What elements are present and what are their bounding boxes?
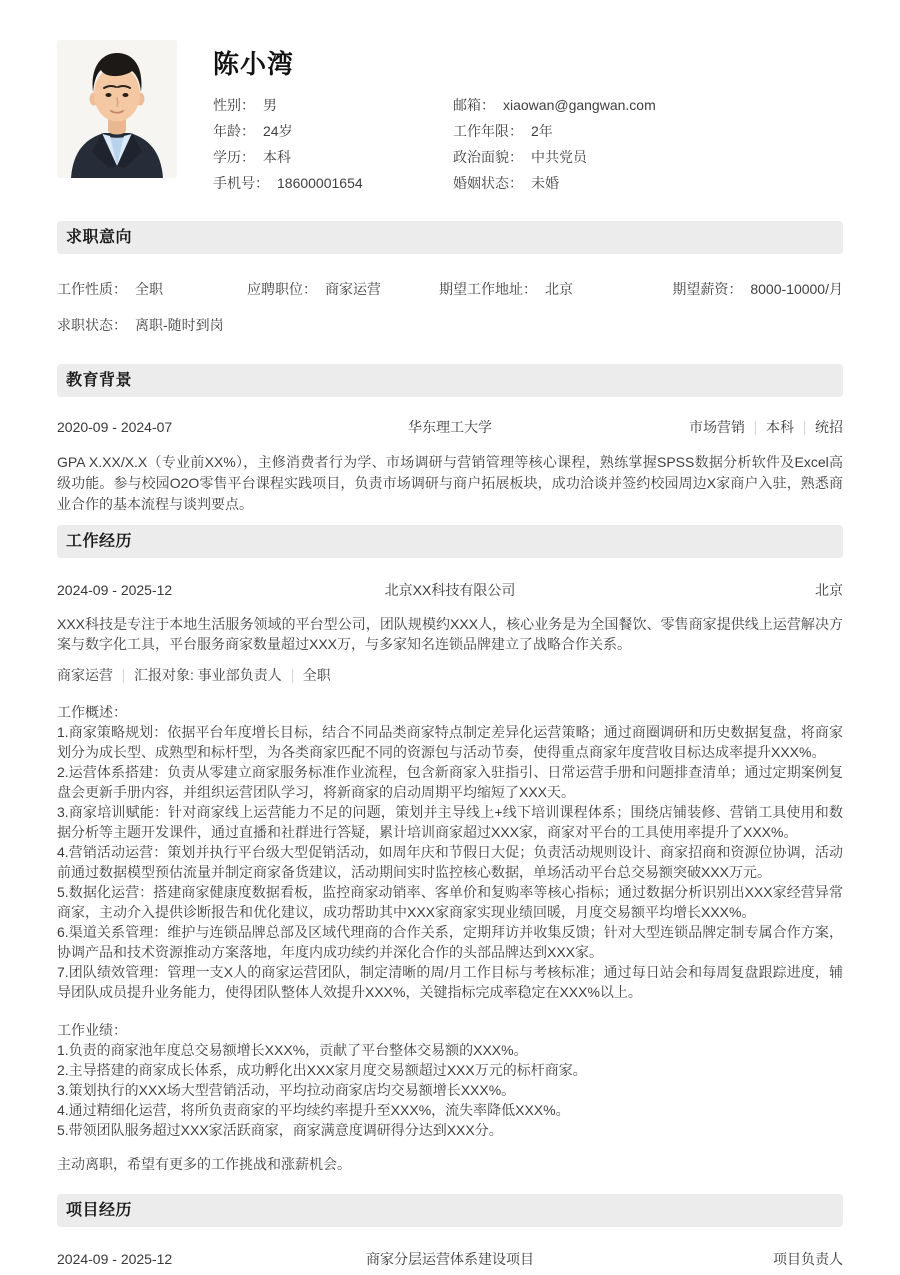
field-value: 未婚 — [531, 175, 559, 191]
field-email: 邮箱：xiaowan@gangwan.com — [453, 97, 843, 114]
education-description: GPA X.XX/X.X（专业前XX%），主修消费者行为学、市场调研与营销管理等… — [57, 452, 843, 515]
section-title-work: 工作经历 — [57, 525, 843, 558]
field-value: 本科 — [263, 149, 291, 165]
work-duty-item: 7.团队绩效管理：管理一支X人的商家运营团队，制定清晰的周/月工作目标与考核标准… — [57, 962, 843, 1002]
field-value: 离职-随时到岗 — [135, 317, 224, 333]
field-value: 男 — [263, 97, 277, 113]
section-title-job-intent: 求职意向 — [57, 221, 843, 254]
work-duty-item: 5.数据化运营：搭建商家健康度数据看板，监控商家动销率、客单价和复购率等核心指标… — [57, 882, 843, 922]
field-label: 学历： — [213, 149, 255, 165]
work-achievement-item: 2.主导搭建的商家成长体系，成功孵化出XXX家月度交易额超过XXX万元的标杆商家… — [57, 1060, 843, 1080]
profile-info: 陈小湾 性别：男 邮箱：xiaowan@gangwan.com 年龄：24岁 工… — [213, 40, 843, 192]
job-status-row: 求职状态：离职-随时到岗 — [57, 317, 843, 334]
position-row: 商家运营 汇报对象: 事业部负责人 全职 — [57, 667, 331, 684]
report-to: 汇报对象: 事业部负责人 — [134, 667, 282, 684]
field-marital-status: 婚姻状态：未婚 — [453, 175, 843, 192]
field-education: 学历：本科 — [213, 149, 453, 166]
work-achievement-title: 工作业绩： — [57, 1020, 843, 1040]
position-title: 商家运营 — [57, 667, 113, 684]
work-overview-block: 工作概述： 1.商家策略规划：依据平台年度增长目标，结合不同品类商家特点制定差异… — [57, 702, 843, 1002]
field-value: 全职 — [135, 281, 163, 297]
profile-header: 陈小湾 性别：男 邮箱：xiaowan@gangwan.com 年龄：24岁 工… — [57, 40, 843, 192]
section-project-experience: 项目经历 2024-09 - 2025-12 商家分层运营体系建设项目 项目负责… — [57, 1194, 843, 1268]
work-duty-item: 4.营销活动运营：策划并执行平台级大型促销活动，如周年庆和节假日大促；负责活动规… — [57, 842, 843, 882]
company-description: XXX科技是专注于本地生活服务领域的平台型公司，团队规模约XXX人，核心业务是为… — [57, 614, 843, 654]
work-duty-item: 1.商家策略规划：依据平台年度增长目标，结合不同品类商家特点制定差异化运营策略；… — [57, 722, 843, 762]
field-label: 工作年限： — [453, 123, 523, 139]
field-expected-salary: 期望薪资：8000-10000/月 — [672, 281, 843, 298]
field-value: 北京 — [545, 281, 573, 297]
field-value: xiaowan@gangwan.com — [503, 97, 656, 113]
candidate-name: 陈小湾 — [213, 44, 843, 81]
field-label: 政治面貌： — [453, 149, 523, 165]
field-value: 18600001654 — [277, 175, 363, 191]
field-value: 2年 — [531, 123, 553, 139]
education-entry-row: 2020-09 - 2024-07 华东理工大学 市场营销 本科 统招 — [57, 419, 843, 436]
project-entry-row: 2024-09 - 2025-12 商家分层运营体系建设项目 项目负责人 — [57, 1251, 843, 1268]
profile-fields: 性别：男 邮箱：xiaowan@gangwan.com 年龄：24岁 工作年限：… — [213, 97, 843, 192]
project-name: 商家分层运营体系建设项目 — [277, 1251, 623, 1268]
degree: 本科 — [766, 419, 794, 436]
work-achievement-item: 4.通过精细化运营，将所负责商家的平均续约率提升至XXX%，流失率降低XXX%。 — [57, 1100, 843, 1120]
project-role: 项目负责人 — [623, 1251, 843, 1268]
section-title-education: 教育背景 — [57, 364, 843, 397]
field-value: 8000-10000/月 — [750, 281, 843, 297]
field-target-location: 期望工作地址：北京 — [439, 281, 672, 298]
portrait-illustration — [57, 40, 177, 178]
field-label: 工作性质： — [57, 281, 127, 297]
work-duty-item: 3.商家培训赋能：针对商家线上运营能力不足的问题，策划并主导线上+线下培训课程体… — [57, 802, 843, 842]
field-phone: 手机号：18600001654 — [213, 175, 453, 192]
divider — [292, 669, 293, 683]
field-label: 期望薪资： — [672, 281, 742, 297]
section-education: 教育背景 2020-09 - 2024-07 华东理工大学 市场营销 本科 统招… — [57, 364, 843, 515]
work-achievement-item: 3.策划执行的XXX场大型营销活动，平均拉动商家店均交易额增长XXX%。 — [57, 1080, 843, 1100]
resume-page: 陈小湾 性别：男 邮箱：xiaowan@gangwan.com 年龄：24岁 工… — [0, 0, 900, 1268]
school-name: 华东理工大学 — [277, 419, 623, 436]
field-gender: 性别：男 — [213, 97, 453, 114]
field-label: 婚姻状态： — [453, 175, 523, 191]
field-label: 求职状态： — [57, 317, 127, 333]
divider — [804, 421, 805, 435]
field-label: 邮箱： — [453, 97, 495, 113]
field-value: 24岁 — [263, 123, 293, 139]
profile-photo — [57, 40, 177, 178]
education-period: 2020-09 - 2024-07 — [57, 419, 277, 436]
company-name: 北京XX科技有限公司 — [277, 582, 623, 599]
job-type: 全职 — [303, 667, 331, 684]
education-tags: 市场营销 本科 统招 — [623, 419, 843, 436]
field-experience-years: 工作年限：2年 — [453, 123, 843, 140]
field-label: 手机号： — [213, 175, 269, 191]
field-value: 商家运营 — [325, 281, 381, 297]
major: 市场营销 — [689, 419, 745, 436]
field-label: 性别： — [213, 97, 255, 113]
divider — [755, 421, 756, 435]
work-duty-item: 6.渠道关系管理：维护与连锁品牌总部及区域代理商的合作关系，定期拜访并收集反馈；… — [57, 922, 843, 962]
job-intent-row: 工作性质：全职 应聘职位：商家运营 期望工作地址：北京 期望薪资：8000-10… — [57, 281, 843, 298]
divider — [123, 669, 124, 683]
section-title-project: 项目经历 — [57, 1194, 843, 1227]
field-political-status: 政治面貌：中共党员 — [453, 149, 843, 166]
field-label: 年龄： — [213, 123, 255, 139]
project-period: 2024-09 - 2025-12 — [57, 1251, 277, 1268]
field-label: 期望工作地址： — [439, 281, 537, 297]
work-overview-title: 工作概述： — [57, 702, 843, 722]
section-work-experience: 工作经历 2024-09 - 2025-12 北京XX科技有限公司 北京 XXX… — [57, 525, 843, 1174]
work-period: 2024-09 - 2025-12 — [57, 582, 277, 599]
admission-type: 统招 — [815, 419, 843, 436]
work-achievement-block: 工作业绩： 1.负责的商家池年度总交易额增长XXX%，贡献了平台整体交易额的XX… — [57, 1020, 843, 1140]
field-age: 年龄：24岁 — [213, 123, 453, 140]
field-job-nature: 工作性质：全职 — [57, 281, 247, 298]
section-job-intent: 求职意向 工作性质：全职 应聘职位：商家运营 期望工作地址：北京 期望薪资：80… — [57, 221, 843, 334]
field-label: 应聘职位： — [247, 281, 317, 297]
work-location: 北京 — [623, 582, 843, 599]
work-duty-item: 2.运营体系搭建：负责从零建立商家服务标准作业流程，包含新商家入驻指引、日常运营… — [57, 762, 843, 802]
field-value: 中共党员 — [531, 149, 587, 165]
work-entry-row: 2024-09 - 2025-12 北京XX科技有限公司 北京 — [57, 582, 843, 599]
work-achievement-item: 1.负责的商家池年度总交易额增长XXX%，贡献了平台整体交易额的XXX%。 — [57, 1040, 843, 1060]
field-target-position: 应聘职位：商家运营 — [247, 281, 439, 298]
leave-reason: 主动离职，希望有更多的工作挑战和涨薪机会。 — [57, 1154, 843, 1174]
work-achievement-item: 5.带领团队服务超过XXX家活跃商家，商家满意度调研得分达到XXX分。 — [57, 1120, 843, 1140]
